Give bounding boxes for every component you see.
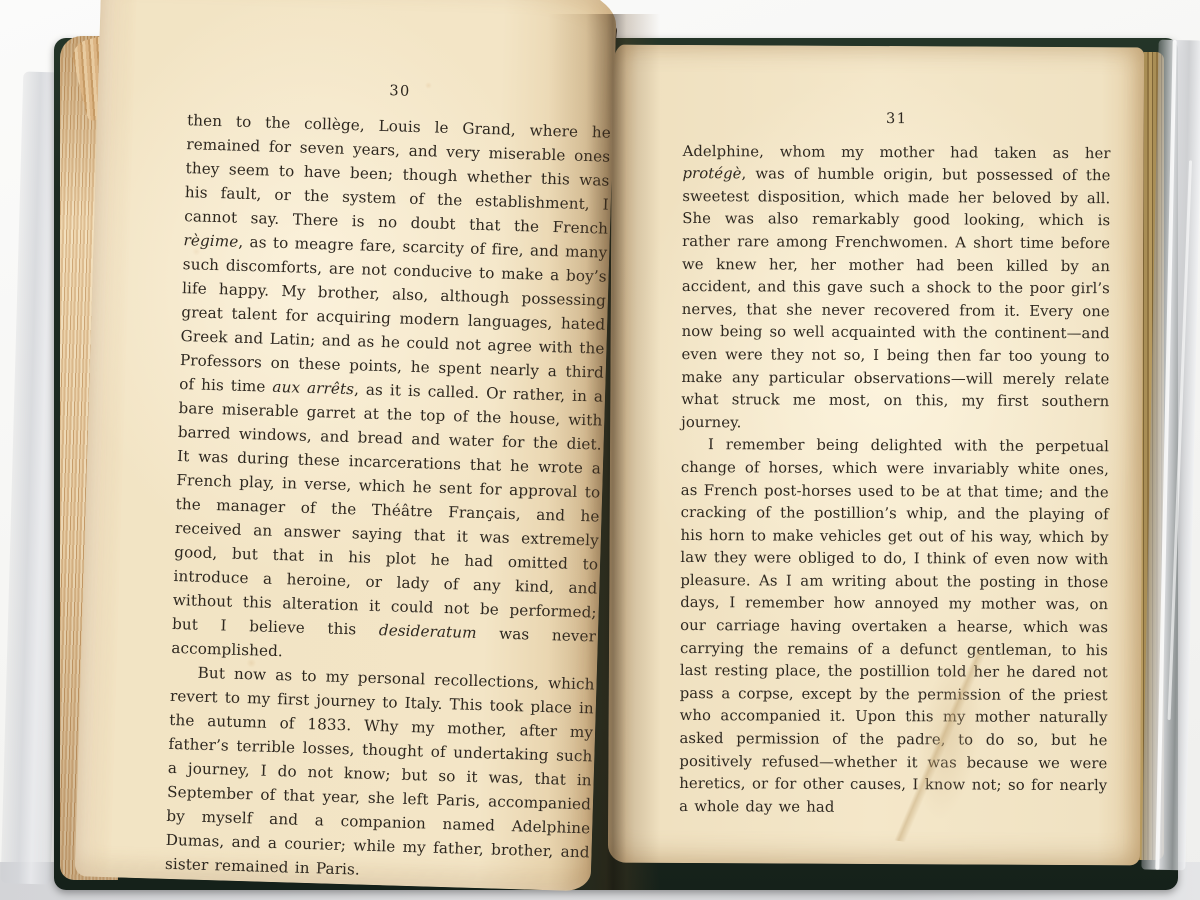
left-page: 30 then to the collège, Louis le Grand, … [75,0,618,891]
right-page-text: 31 Adelphine, whom my mother had taken a… [679,107,1111,821]
body-text: , as to meagre fare, scarcity of fire, a… [179,233,608,396]
paragraph: Adelphine, whom my mother had taken as h… [681,141,1111,437]
paragraph: But now as to my personal recollections,… [165,660,595,888]
left-page-text: 30 then to the collège, Louis le Grand, … [165,73,613,888]
italic-text: protégè [682,165,741,182]
body-text: , as it is called. Or rather, in a bare … [172,380,603,639]
body-text: then to the collège, Louis le Grand, whe… [184,111,611,238]
page-number-left: 30 [188,73,613,110]
page-number-right: 31 [683,107,1111,132]
italic-text: règime [183,231,238,251]
open-book-photo: 30 then to the collège, Louis le Grand, … [0,0,1200,900]
body-text: , was of humble origin, but possessed of… [681,165,1110,431]
italic-text: desideratum [379,621,477,642]
right-page-paragraphs: Adelphine, whom my mother had taken as h… [679,141,1111,821]
paragraph: then to the collège, Louis le Grand, whe… [171,108,611,672]
body-text: I remember being delighted with the perp… [679,436,1109,815]
body-text: But now as to my personal recollections,… [165,664,595,879]
body-text: Adelphine, whom my mother had taken as h… [683,143,1111,162]
italic-text: aux arrêts [272,378,354,398]
left-page-paragraphs: then to the collège, Louis le Grand, whe… [165,108,612,888]
right-page: 31 Adelphine, whom my mother had taken a… [608,45,1144,866]
paragraph: I remember being delighted with the perp… [679,434,1109,820]
